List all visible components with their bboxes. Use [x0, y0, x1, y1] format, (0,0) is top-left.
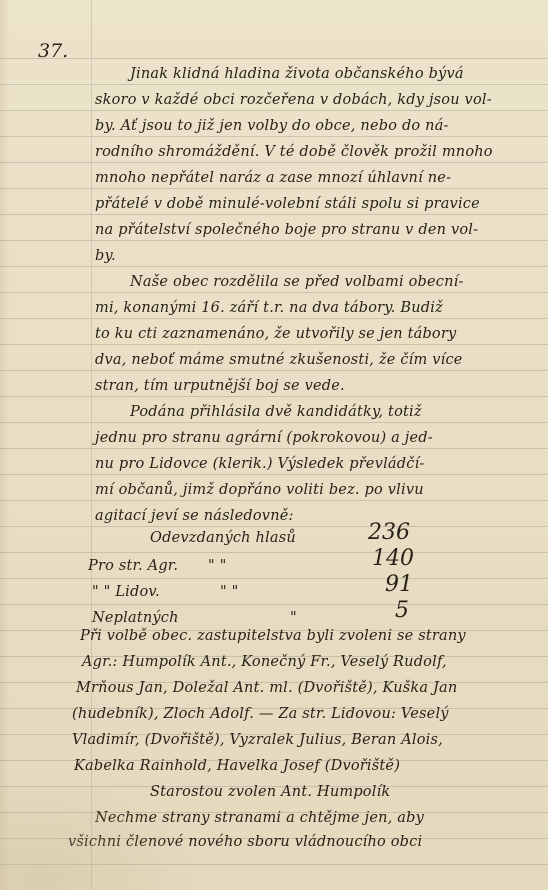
ruled-line [0, 84, 548, 85]
ditto-marks: " " [220, 584, 239, 600]
text-line: Agr.: Humpolík Ant., Konečný Fr., Veselý… [82, 654, 447, 670]
text-line: Vladimír, (Dvořiště), Vyzralek Julius, B… [72, 732, 443, 748]
margin-line [91, 0, 92, 890]
ruled-line [0, 604, 548, 605]
result-value: 5 [395, 598, 409, 623]
manuscript-page: 37. Jinak klidná hladina života občanské… [0, 0, 548, 890]
text-line: skoro v každé obci rozčeřena v dobách, k… [95, 92, 492, 108]
text-line: mí občanů, jimž dopřáno voliti bez. po v… [95, 482, 424, 498]
result-label: Odevzdaných hlasů [150, 530, 296, 546]
result-label: " " Lidov. [92, 584, 160, 600]
ruled-line [0, 526, 548, 527]
text-line: agitací jeví se následovně: [95, 508, 294, 524]
result-value: 140 [372, 546, 414, 571]
ruled-line [0, 344, 548, 345]
ruled-line [0, 370, 548, 371]
ruled-line [0, 240, 548, 241]
ruled-line [0, 266, 548, 267]
ruled-line [0, 552, 548, 553]
ruled-line [0, 214, 548, 215]
text-line: stran, tím urputnější boj se vede. [95, 378, 345, 394]
paper-stain [0, 770, 200, 890]
ruled-line [0, 162, 548, 163]
text-line: dva, neboť máme smutné zkušenosti, že čí… [95, 352, 463, 368]
result-label: Pro str. Agr. [88, 558, 178, 574]
result-value: 236 [368, 520, 410, 545]
text-line: Naše obec rozdělila se před volbami obec… [130, 274, 464, 290]
text-line: by. [95, 248, 116, 264]
ruled-line [0, 578, 548, 579]
ruled-line [0, 136, 548, 137]
text-line: Při volbě obec. zastupitelstva byli zvol… [80, 628, 466, 644]
ruled-line [0, 396, 548, 397]
ruled-line [0, 474, 548, 475]
ruled-line [0, 58, 548, 59]
text-line: Podána přihlásila dvě kandidátky, totiž [130, 404, 422, 420]
text-line: na přátelství společného boje pro stranu… [95, 222, 478, 238]
ruled-line [0, 188, 548, 189]
text-line: to ku cti zaznamenáno, že utvořily se je… [95, 326, 456, 342]
page-number: 37. [38, 40, 68, 62]
ditto-marks: " " [208, 558, 227, 574]
result-value: 91 [385, 572, 413, 597]
text-line: (hudebník), Zloch Adolf. — Za str. Lidov… [72, 706, 449, 722]
ruled-line [0, 292, 548, 293]
ruled-line [0, 422, 548, 423]
ditto-marks: " [290, 610, 297, 626]
ruled-line [0, 500, 548, 501]
text-line: Jinak klidná hladina života občanského b… [130, 66, 464, 82]
text-line: nu pro Lidovce (klerik.) Výsledek převlá… [95, 456, 425, 472]
ruled-line [0, 110, 548, 111]
ruled-line [0, 448, 548, 449]
text-line: přátelé v době minulé-volební stáli spol… [95, 196, 480, 212]
text-line: mi, konanými 16. září t.r. na dva tábory… [95, 300, 443, 316]
result-label: Neplatných [92, 610, 179, 626]
text-line: Mrňous Jan, Doležal Ant. ml. (Dvořiště),… [76, 680, 457, 696]
ruled-line [0, 318, 548, 319]
text-line: jednu pro stranu agrární (pokrokovou) a … [95, 430, 433, 446]
text-line: mnoho nepřátel naráz a zase mnozí úhlavn… [95, 170, 451, 186]
text-line: by. Ať jsou to již jen volby do obce, ne… [95, 118, 449, 134]
text-line: rodního shromáždění. V té době člověk pr… [95, 144, 493, 160]
